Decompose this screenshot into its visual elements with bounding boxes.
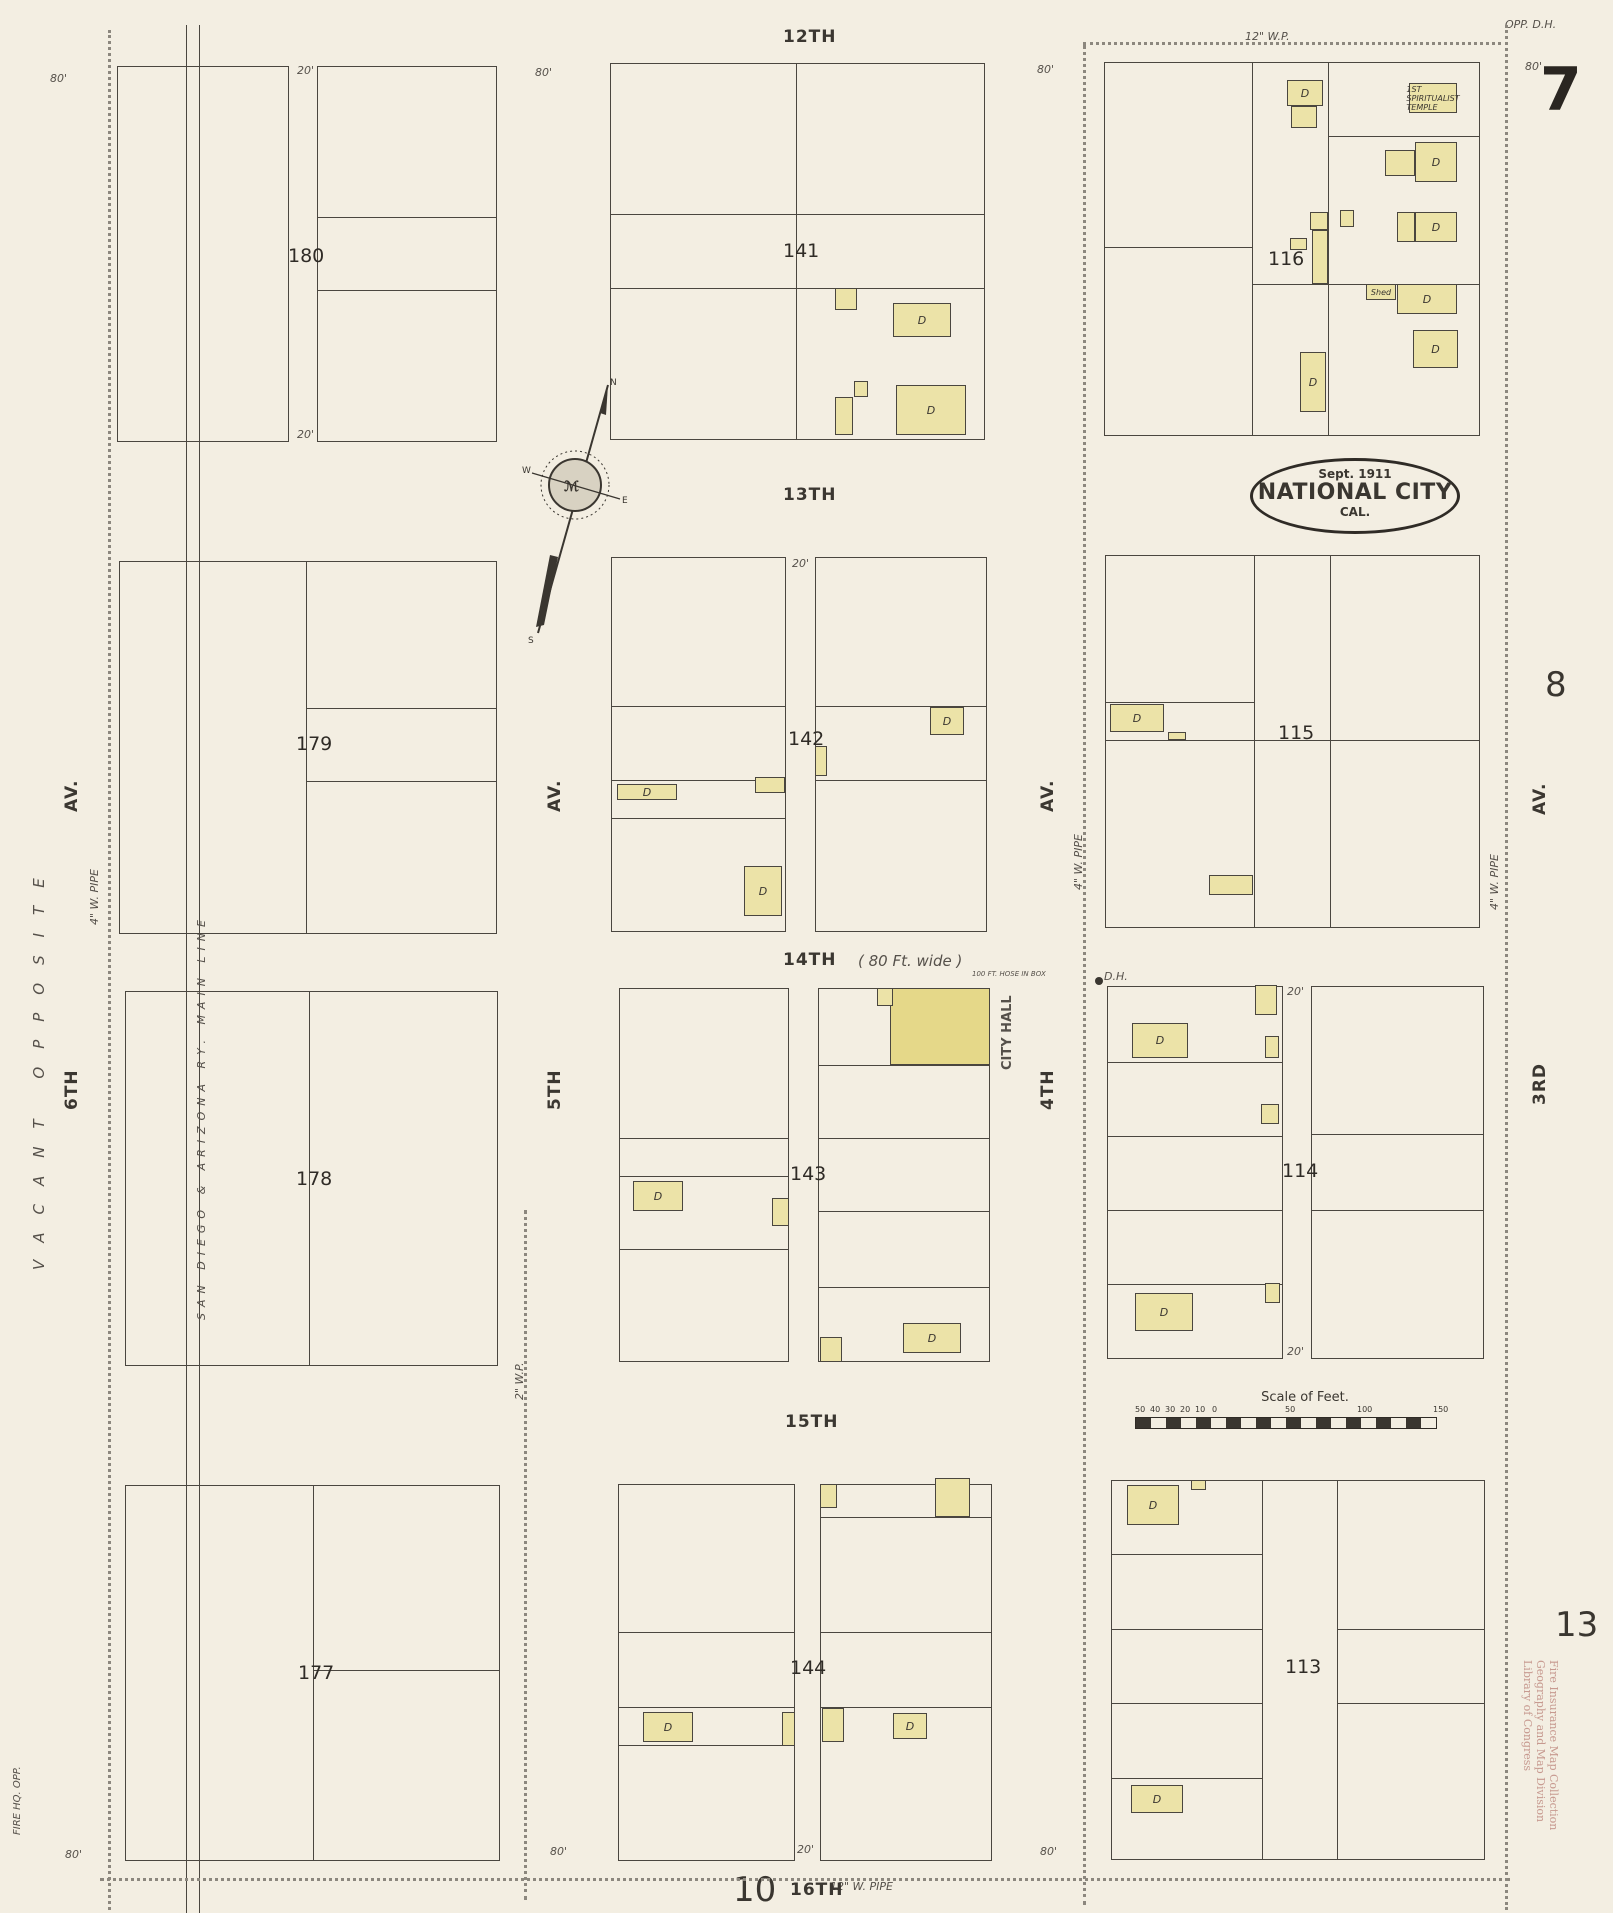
scale-ticks: 50 40 30 20 10 0 50 100 150	[1135, 1405, 1455, 1417]
alley-width-label: 20'	[297, 428, 314, 441]
street-6th-number: 6TH	[62, 1069, 82, 1110]
block-number-144: 144	[790, 1657, 826, 1679]
alley-width-label: 20'	[792, 557, 809, 570]
hydrant-icon	[1095, 977, 1103, 985]
lot-line	[317, 290, 497, 291]
water-pipe-label-6th: 4" W. PIPE	[88, 869, 101, 925]
lot-line	[1262, 1480, 1263, 1860]
dwelling-wing[interactable]	[1385, 150, 1415, 176]
city-hall-building[interactable]	[890, 988, 990, 1065]
lot-line	[1311, 1134, 1484, 1135]
block-number-143: 143	[790, 1163, 826, 1185]
lot-line	[618, 1707, 795, 1708]
street-16th: 16TH	[790, 1880, 843, 1900]
dwelling[interactable]: D	[1131, 1785, 1183, 1813]
outbuilding[interactable]	[1255, 985, 1277, 1015]
block-180-east[interactable]	[317, 66, 497, 442]
lot-line	[611, 706, 786, 707]
lot-line	[1337, 1703, 1485, 1704]
lot-line	[610, 214, 985, 215]
water-pipe-line-4th	[1083, 45, 1086, 1905]
lot-line	[1252, 284, 1328, 285]
outbuilding[interactable]	[1191, 1480, 1206, 1490]
lot-line	[815, 780, 987, 781]
dwelling[interactable]: D	[1287, 80, 1323, 106]
dwelling[interactable]: D	[1415, 142, 1457, 182]
outbuilding[interactable]	[1290, 238, 1307, 250]
alley-width-label: 20'	[797, 1843, 814, 1856]
block-number-180: 180	[288, 245, 324, 267]
dwelling[interactable]: D	[617, 784, 677, 800]
alley-width-label: 20'	[297, 64, 314, 77]
lot-line	[1107, 1210, 1283, 1211]
lot-line	[306, 781, 497, 782]
street-3rd-number: 3RD	[1530, 1063, 1550, 1105]
outbuilding[interactable]	[835, 288, 857, 310]
outbuilding[interactable]	[820, 1337, 842, 1362]
street-width-label: 80'	[1037, 63, 1054, 76]
street-width-label: 80'	[65, 1848, 82, 1861]
street-4th-av: AV.	[1038, 780, 1058, 812]
scale-title: Scale of Feet.	[1155, 1390, 1455, 1405]
outbuilding[interactable]	[854, 381, 868, 397]
block-number-116: 116	[1268, 248, 1304, 270]
width-label: 80'	[1525, 60, 1542, 73]
lot-line	[818, 1138, 990, 1139]
street-15th: 15TH	[785, 1412, 838, 1432]
compass-n: N	[610, 378, 617, 388]
lot-line	[818, 1211, 990, 1212]
map-city: NATIONAL CITY	[1253, 481, 1457, 505]
street-width-label: 80'	[550, 1845, 567, 1858]
lot-line	[818, 1287, 990, 1288]
dwelling[interactable]: D	[1132, 1023, 1188, 1058]
temple-label: 1ST SPIRITUALIST TEMPLE	[1406, 85, 1459, 112]
scale-of-feet: Scale of Feet. 50 40 30 20 10 0 50 100 1…	[1135, 1390, 1455, 1429]
water-pipe-label-5th: 2" W.P.	[513, 1362, 526, 1400]
dwelling[interactable]	[935, 1478, 970, 1517]
outbuilding[interactable]	[835, 397, 853, 435]
svg-text:ℳ: ℳ	[564, 479, 579, 495]
lot-line	[1107, 1062, 1283, 1063]
lot-line	[1107, 1136, 1283, 1137]
lot-line	[1328, 136, 1480, 137]
dwelling[interactable]: D	[930, 707, 964, 735]
library-stamp: Fire Insurance Map Collection Geography …	[1521, 1660, 1560, 1830]
compass-e: E	[622, 496, 628, 506]
shed[interactable]: Shed	[1366, 284, 1396, 300]
alley-width-label: 20'	[1287, 1345, 1304, 1358]
sanborn-map-sheet: 7 80' OPP. D.H. Sept. 1911 NATIONAL CITY…	[0, 0, 1613, 1913]
block-144-east[interactable]	[820, 1484, 992, 1861]
outbuilding[interactable]	[822, 1708, 844, 1742]
lot-line	[1311, 1210, 1484, 1211]
outbuilding[interactable]	[1261, 1104, 1279, 1124]
lot-line	[820, 1707, 992, 1708]
lot-line	[619, 1176, 789, 1177]
outbuilding[interactable]	[1168, 732, 1186, 740]
water-pipe-label-4th: 4" W. PIPE	[1072, 834, 1085, 890]
lot-line	[1107, 1284, 1283, 1285]
lot-line	[618, 1745, 795, 1746]
adjacent-sheet-10[interactable]: 10	[733, 1870, 776, 1910]
outbuilding[interactable]	[1312, 230, 1328, 284]
lot-line	[610, 288, 985, 289]
dwelling[interactable]: D	[1127, 1485, 1179, 1525]
dwelling-wing[interactable]	[1397, 212, 1415, 242]
hose-box-label: 100 FT. HOSE IN BOX	[972, 970, 1046, 978]
lot-line	[1105, 702, 1254, 703]
dwelling[interactable]: D	[1300, 352, 1326, 412]
outbuilding[interactable]	[815, 746, 827, 776]
opp-dh-label: OPP. D.H.	[1505, 18, 1556, 31]
lot-line	[1337, 1629, 1485, 1630]
dwelling[interactable]: D	[1110, 704, 1164, 732]
compass-w: W	[522, 466, 531, 476]
adjacent-sheet-13[interactable]: 13	[1555, 1605, 1598, 1645]
lot-line	[619, 1138, 789, 1139]
block-number-178: 178	[296, 1168, 332, 1190]
spiritualist-temple[interactable]: 1ST SPIRITUALIST TEMPLE	[1409, 83, 1457, 113]
outbuilding[interactable]	[1340, 210, 1354, 227]
block-142-east[interactable]	[815, 557, 987, 932]
dwelling[interactable]: D	[633, 1181, 683, 1211]
map-state: CAL.	[1253, 505, 1457, 519]
scale-bar	[1135, 1417, 1437, 1429]
outbuilding[interactable]	[1310, 212, 1328, 230]
block-143-west[interactable]	[619, 988, 789, 1362]
outbuilding[interactable]	[1265, 1036, 1279, 1058]
outbuilding-group[interactable]	[1209, 875, 1253, 895]
lot-line	[611, 818, 786, 819]
street-width-label: 80'	[50, 72, 67, 85]
street-14th-width-note: ( 80 Ft. wide )	[858, 952, 962, 970]
block-114-east[interactable]	[1311, 986, 1484, 1359]
block-number-114: 114	[1282, 1160, 1318, 1182]
lot-line	[820, 1517, 992, 1518]
compass-rose-icon: ℳ N S E W	[520, 375, 630, 645]
lot-line	[619, 1249, 789, 1250]
lot-line	[1337, 1480, 1338, 1860]
dwelling[interactable]: D	[1397, 284, 1457, 314]
dwelling[interactable]: D	[893, 1713, 927, 1739]
lot-line	[1111, 1703, 1262, 1704]
street-6th-av: AV.	[62, 780, 82, 812]
water-pipe-line-12th	[1083, 42, 1508, 45]
lot-line	[820, 1632, 992, 1633]
block-number-179: 179	[296, 733, 332, 755]
dwelling[interactable]: D	[1135, 1293, 1193, 1331]
lot-line	[313, 1670, 500, 1671]
lot-line	[1111, 1629, 1262, 1630]
dwelling[interactable]: D	[1413, 330, 1458, 368]
outbuilding[interactable]	[782, 1712, 795, 1746]
water-pipe-line-6th	[108, 30, 111, 1910]
water-pipe-line-5th	[524, 1210, 527, 1900]
city-hall-label: CITY HALL	[1000, 995, 1015, 1070]
lot-line	[306, 708, 497, 709]
water-pipe-line-3rd	[1505, 25, 1508, 1910]
lot-line	[1252, 62, 1253, 436]
block-number-113: 113	[1285, 1656, 1321, 1678]
lot-line	[1328, 62, 1329, 436]
street-width-label: 80'	[1040, 1845, 1057, 1858]
outbuilding[interactable]	[820, 1484, 837, 1508]
dwelling[interactable]: D	[1415, 212, 1457, 242]
block-number-141: 141	[783, 240, 819, 262]
lot-line	[317, 217, 497, 218]
dwelling[interactable]: D	[896, 385, 966, 435]
map-title-cartouche: Sept. 1911 NATIONAL CITY CAL.	[1250, 458, 1460, 534]
outbuilding[interactable]	[877, 988, 893, 1006]
alley-width-label: 20'	[1287, 985, 1304, 998]
dwelling-rear[interactable]	[1291, 106, 1317, 128]
lot-line	[1104, 247, 1252, 248]
lot-line	[1330, 555, 1331, 928]
block-144-west[interactable]	[618, 1484, 795, 1861]
street-12th: 12TH	[783, 27, 836, 47]
street-13th: 13TH	[783, 485, 836, 505]
sheet-number: 7	[1540, 55, 1582, 125]
map-date: Sept. 1911	[1253, 467, 1457, 481]
outbuilding[interactable]	[772, 1198, 789, 1226]
street-3rd-av: AV.	[1530, 783, 1550, 815]
street-5th-number: 5TH	[545, 1069, 565, 1110]
outbuilding[interactable]	[755, 777, 785, 793]
block-180-west[interactable]	[117, 66, 289, 442]
lot-line	[618, 1632, 795, 1633]
block-number-177: 177	[298, 1662, 334, 1684]
lot-line	[1254, 555, 1255, 928]
street-5th-av: AV.	[545, 780, 565, 812]
dwelling[interactable]: D	[643, 1712, 693, 1742]
compass-s: S	[528, 636, 534, 645]
adjacent-sheet-8[interactable]: 8	[1545, 665, 1567, 705]
water-pipe-label-3rd: 4" W. PIPE	[1488, 854, 1501, 910]
street-4th-number: 4TH	[1038, 1069, 1058, 1110]
lot-line	[1111, 1778, 1262, 1779]
block-number-115: 115	[1278, 722, 1314, 744]
street-width-label: 80'	[535, 66, 552, 79]
dwelling[interactable]: D	[903, 1323, 961, 1353]
lot-line	[1111, 1554, 1262, 1555]
outbuilding[interactable]	[1265, 1283, 1280, 1303]
hydrant-label: D.H.	[1104, 970, 1128, 983]
vacant-opposite-label: VACANT OPPOSITE	[30, 860, 48, 1270]
street-14th: 14TH	[783, 950, 836, 970]
lot-line	[818, 1065, 990, 1066]
dwelling[interactable]: D	[893, 303, 951, 337]
fire-hq-label: FIRE HQ. OPP.	[12, 1766, 23, 1835]
dwelling[interactable]: D	[744, 866, 782, 916]
water-pipe-label-12th: 12" W.P.	[1245, 30, 1290, 43]
